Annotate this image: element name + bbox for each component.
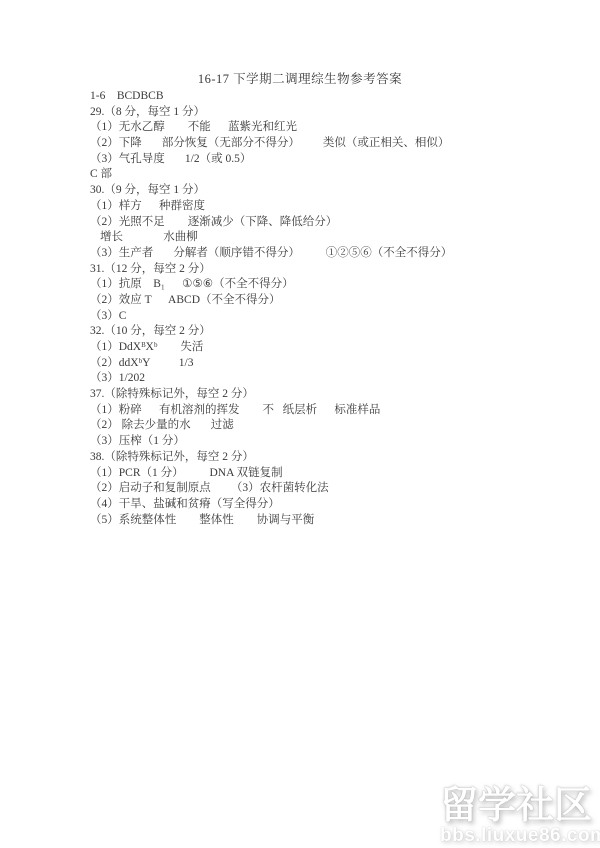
answer-line: C 部 xyxy=(90,167,580,183)
answer-line: （3）气孔导度 1/2（或 0.5） xyxy=(90,152,580,168)
answer-line: 32.（10 分，每空 2 分） xyxy=(90,324,580,340)
answer-line: （1）抗原 B₁ ①⑤⑥（不全不得分） xyxy=(90,277,580,293)
answer-line: 29.（8 分，每空 1 分） xyxy=(90,105,580,121)
answer-line: （4）干旱、盐碱和贫瘠（写全得分） xyxy=(90,497,580,513)
watermark-brand-text: 留学社区 xyxy=(440,786,600,826)
answer-line: 1-6 BCDBCB xyxy=(90,89,580,105)
answer-line: 38.（除特殊标记外，每空 2 分） xyxy=(90,450,580,466)
watermark: 留学社区 bbs.liuxue86.com xyxy=(440,786,600,846)
scanned-answer-sheet: 16-17 下学期二调理综生物参考答案 1-6 BCDBCB 29.（8 分，每… xyxy=(0,0,600,848)
answer-line: 31.（12 分，每空 2 分） xyxy=(90,262,580,278)
answer-line: （2）下降 部分恢复（无部分不得分） 类似（或正相关、相似） xyxy=(90,136,580,152)
answer-line: （5）系统整体性 整体性 协调与平衡 xyxy=(90,513,580,529)
answer-line: （2）启动子和复制原点 （3）农杆菌转化法 xyxy=(90,481,580,497)
answer-line: （2）效应 T ABCD（不全不得分） xyxy=(90,293,580,309)
answer-line: （3）生产者 分解者（顺序错不得分） ①②⑤⑥（不全不得分） xyxy=(90,246,580,262)
watermark-url-text: bbs.liuxue86.com xyxy=(440,826,600,846)
answer-line: （1）粉碎 有机溶剂的挥发 不 纸层析 标准样品 xyxy=(90,403,580,419)
answer-line: 30.（9 分，每空 1 分） xyxy=(90,183,580,199)
answer-list: 1-6 BCDBCB 29.（8 分，每空 1 分） （1）无水乙醇 不能 蓝紫… xyxy=(90,89,580,528)
page-title: 16-17 下学期二调理综生物参考答案 xyxy=(0,69,600,87)
answer-line: （3）压榨（1 分） xyxy=(90,434,580,450)
answer-line: （1）DdXᴮXᵇ 失活 xyxy=(90,340,580,356)
answer-line: （3）1/202 xyxy=(90,371,580,387)
answer-line: 增长 水曲柳 xyxy=(90,230,580,246)
answer-line: （2）ddXᵇY 1/3 xyxy=(90,356,580,372)
answer-line: （1）PCR（1 分） DNA 双链复制 xyxy=(90,466,580,482)
answer-line: （2） 除去少量的水 过滤 xyxy=(90,418,580,434)
answer-line: （3）C xyxy=(90,309,580,325)
answer-line: 37.（除特殊标记外，每空 2 分） xyxy=(90,387,580,403)
answer-line: （1）无水乙醇 不能 蓝紫光和红光 xyxy=(90,120,580,136)
answer-line: （2）光照不足 逐渐减少（下降、降低给分） xyxy=(90,215,580,231)
answer-line: （1）样方 种群密度 xyxy=(90,199,580,215)
